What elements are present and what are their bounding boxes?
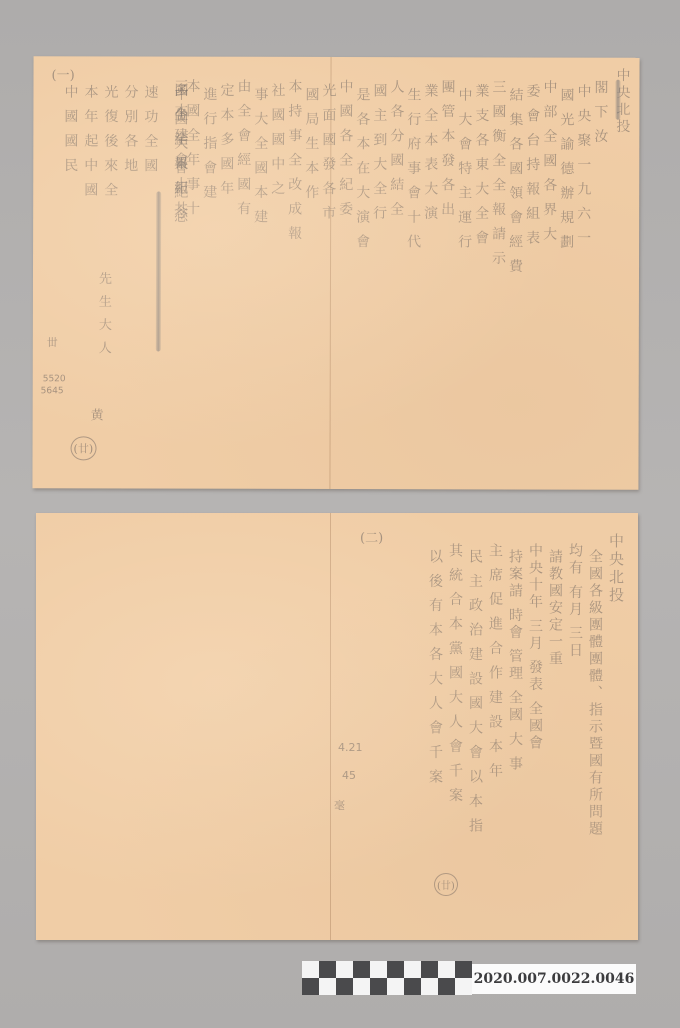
- calibration-swatch: [455, 961, 472, 978]
- handwriting-column: 中 部 全 國 各 界 大: [542, 80, 556, 244]
- handwriting-column: 國 主 到 大 全 行: [372, 83, 386, 222]
- handwriting-column: 定 本 多 國 年: [219, 83, 233, 198]
- calibration-swatch: [370, 961, 387, 978]
- pencil-stroke: [615, 80, 620, 120]
- handwriting-column: 團 管 本 發 各 出: [440, 79, 454, 218]
- handwriting-column: 三 國 衡 全 全 報 請 示: [491, 79, 505, 267]
- calibration-swatch: [421, 978, 438, 995]
- handwriting-column: 中央十年 三月 發表 全國會: [528, 543, 542, 752]
- handwriting-column: 速 功 全 國: [143, 84, 157, 174]
- handwriting-column: 進 行 指 會 建: [202, 87, 216, 202]
- margin-note: 毫: [334, 797, 345, 813]
- fold-crease: [330, 513, 331, 940]
- handwriting-column: 中 國 各 全 紀 委: [338, 79, 352, 218]
- calibration-swatch: [353, 961, 370, 978]
- calibration-swatch: [302, 961, 319, 978]
- handwriting-column: 事 大 全 國 本 建: [253, 87, 267, 226]
- accession-number-label: 2020.007.0022.0046: [472, 964, 636, 994]
- calibration-swatch: [404, 961, 421, 978]
- handwriting-column: 委 會 台 持 報 組 表: [525, 83, 539, 247]
- handwriting-column: 全國各級團體團體、指示暨國有所問題: [588, 549, 602, 838]
- handwriting-column: 本 年 起 中 國: [83, 84, 97, 199]
- calibration-swatch: [404, 978, 421, 995]
- handwriting-column: 主 席 促 進 合 作 建 設 本 年: [488, 543, 502, 780]
- margin-note: 4.21: [338, 741, 363, 754]
- handwriting-column: 業 支 各 東 大 全 會: [474, 83, 488, 247]
- manuscript-sheet-2: (二) 中央北投全國各級團體團體、指示暨國有所問題均有 有月 三日請教國安定一重…: [36, 513, 638, 940]
- calibration-swatch: [438, 961, 455, 978]
- pencil-number: 5645: [41, 386, 64, 396]
- signature-mark: 先 生 大 人: [97, 271, 110, 356]
- signature-label: 黄: [91, 404, 104, 423]
- handwriting-column: 中 央 聚 一 九 六 一: [576, 84, 590, 248]
- page-marker: (一): [51, 64, 74, 83]
- handwriting-column: 光 面 國 發 各 市: [321, 83, 335, 222]
- handwriting-column: 分 別 各 地: [123, 84, 137, 174]
- handwriting-column: 民 主 政 治 建 設 國 大 會 以 本 指: [468, 549, 482, 835]
- calibration-swatch: [319, 978, 336, 995]
- calibration-swatch: [387, 961, 404, 978]
- handwriting-column: 以 後 有 本 各 大 人 會 千 案: [428, 549, 442, 786]
- calibration-swatch: [353, 978, 370, 995]
- calibration-swatch: [302, 978, 319, 995]
- handwriting-column: 均有 有月 三日: [568, 543, 582, 660]
- handwriting-column: 國 各 全 報 紀 念: [173, 83, 187, 222]
- handwriting-column: 其 統 合 本 黨 國 大 人 會 千 案: [448, 543, 462, 805]
- handwriting-column: 請教國安定一重: [548, 549, 562, 668]
- calibration-swatch: [421, 961, 438, 978]
- handwriting-column: 國 光 諭 德 辦 規 劃: [559, 88, 573, 252]
- handwriting-column: 閣 下 汝: [593, 80, 607, 146]
- handwriting-column: 本 持 事 全 改 成 報: [287, 79, 301, 243]
- handwriting-column: 光 復 後 來 全: [103, 84, 117, 199]
- handwriting-column: 國 局 生 本 作: [304, 87, 318, 202]
- calibration-swatch: [336, 978, 353, 995]
- calibration-swatch: [370, 978, 387, 995]
- handwriting-column: 生 行 府 事 會 十 代: [406, 87, 420, 251]
- grayscale-calibration-bar: [302, 961, 472, 995]
- handwriting-column: 持案請 時會 管理 全國 大 事: [508, 549, 522, 773]
- calibration-swatch: [387, 978, 404, 995]
- calibration-swatch: [319, 961, 336, 978]
- circled-note: (廿): [71, 436, 97, 460]
- page-marker: (二): [360, 527, 383, 546]
- margin-note: 45: [342, 769, 356, 782]
- handwriting-column: 社 國 國 中 之: [270, 83, 284, 198]
- handwriting-column: 人 各 分 國 結 全: [389, 79, 403, 218]
- calibration-swatch: [336, 961, 353, 978]
- heading-column: 中央北投: [608, 533, 623, 605]
- handwriting-column: 結 集 各 國 領 會 經 費: [508, 87, 522, 275]
- handwriting-column: 是 各 本 在 大 演 會: [355, 87, 369, 251]
- manuscript-sheet-1: (一) 中央北投 閣 下 汝中 央 聚 一 九 六 一國 光 諭 德 辦 規 劃…: [32, 56, 639, 490]
- margin-mark: 丗: [47, 334, 58, 350]
- handwriting-column: 中 國 國 民: [63, 84, 77, 174]
- handwriting-column: 業 全 本 表 大 演: [423, 83, 437, 222]
- circled-note: (廿): [434, 873, 458, 896]
- handwriting-column: 由 全 會 經 國 有: [236, 79, 250, 218]
- calibration-swatch: [455, 978, 472, 995]
- pencil-number: 5520: [43, 374, 66, 384]
- pencil-strike-line: [156, 192, 161, 352]
- handwriting-column: 中 大 會 特 主 運 行: [457, 87, 471, 251]
- calibration-swatch: [438, 978, 455, 995]
